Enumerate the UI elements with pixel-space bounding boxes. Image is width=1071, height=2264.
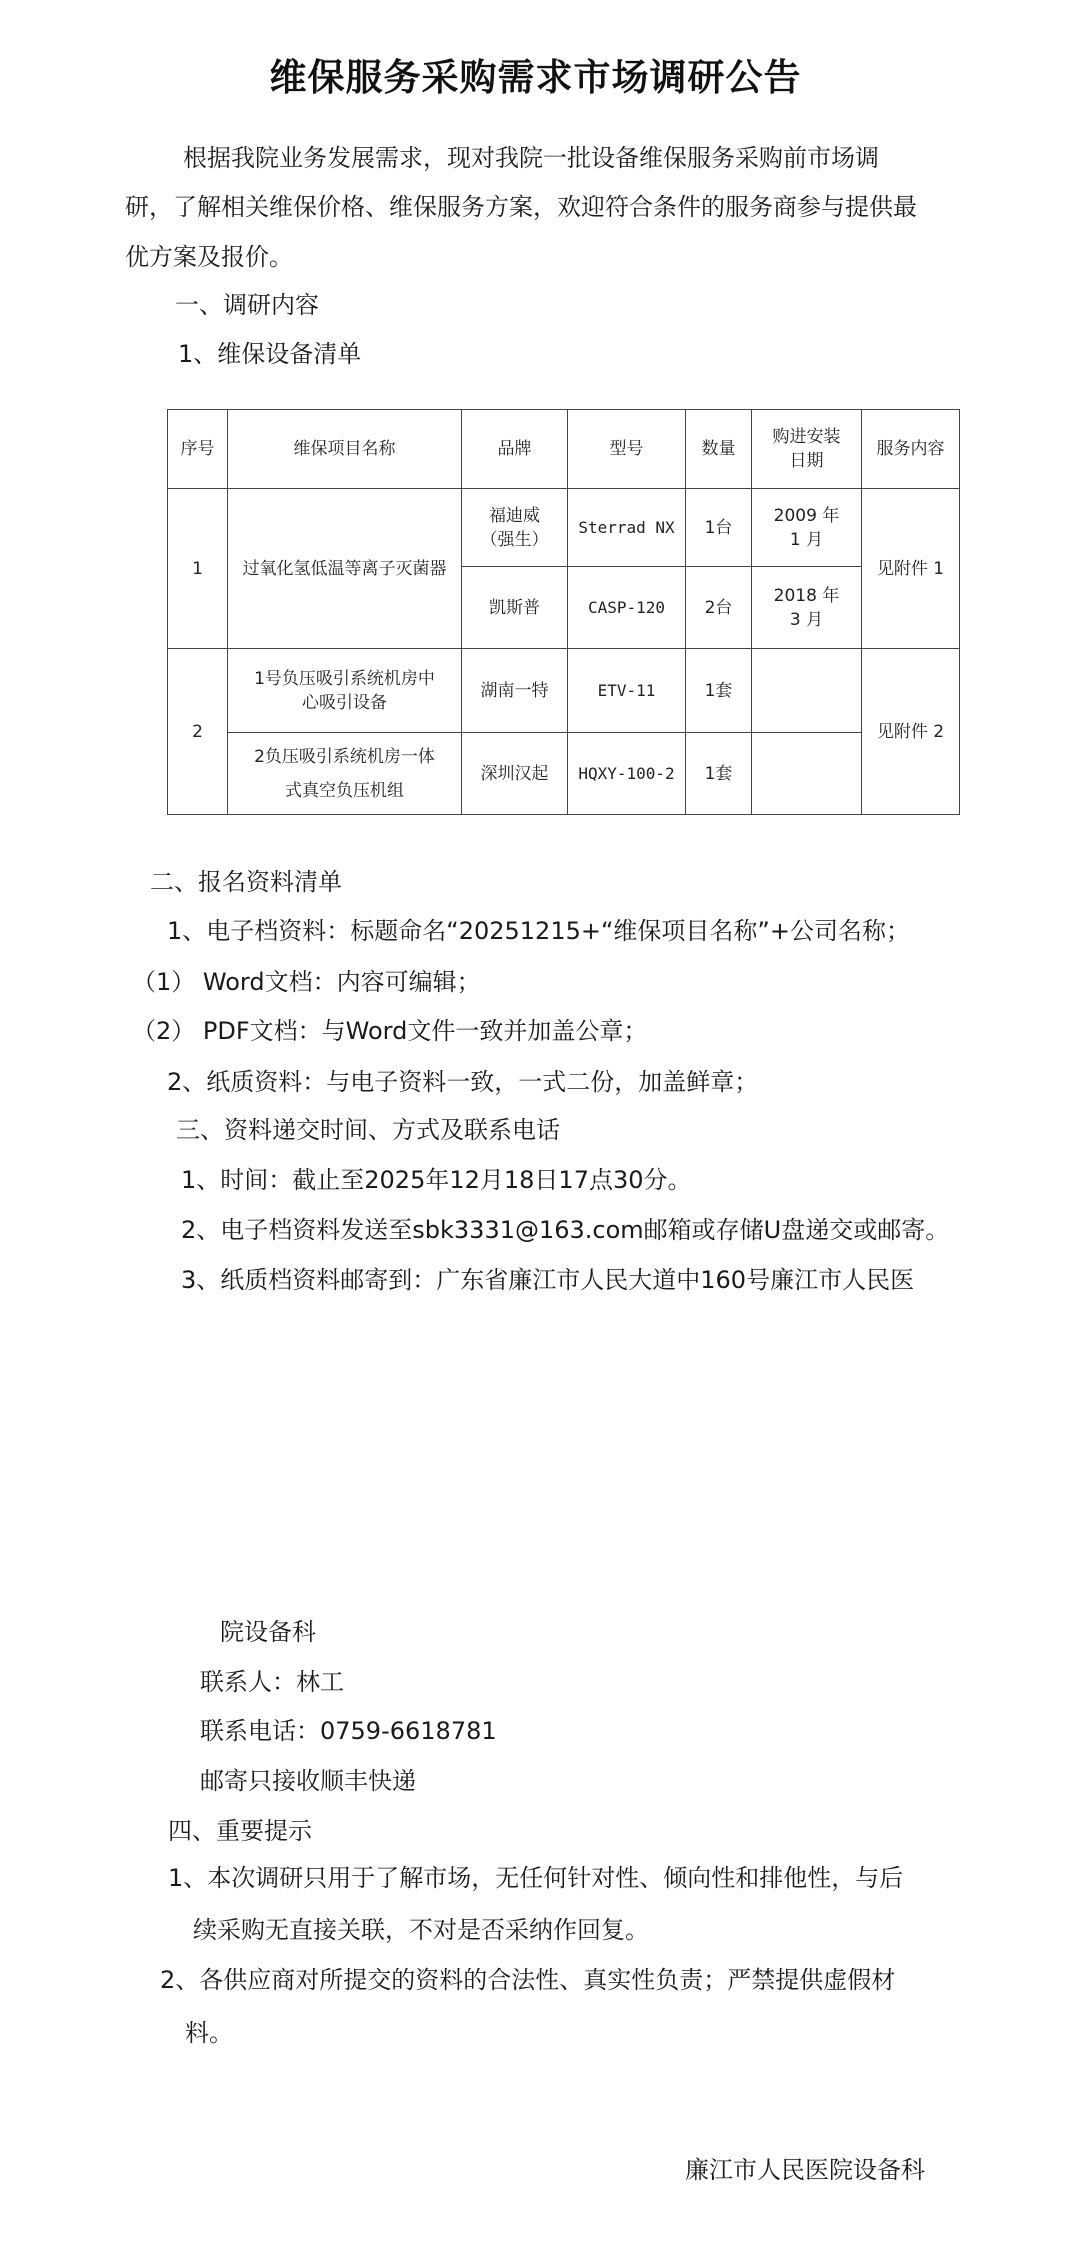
- header-brand: 品牌: [462, 410, 568, 489]
- mail-note: 邮寄只接收顺丰快递: [200, 1766, 416, 1796]
- intro-line-3: 优方案及报价。: [125, 242, 293, 272]
- header-service: 服务内容: [862, 410, 960, 489]
- signature: 廉江市人民医院设备科: [685, 2155, 925, 2185]
- contact-person: 联系人：林工: [200, 1667, 344, 1697]
- cell-date: 2009 年 1 月: [752, 489, 862, 567]
- cell-brand: 湖南一特: [462, 649, 568, 733]
- section-2-item-1b: （2） PDF文档：与Word文件一致并加盖公章；: [132, 1016, 647, 1046]
- section-4-item-1-line-1: 1、本次调研只用于了解市场，无任何针对性、倾向性和排他性，与后: [168, 1863, 903, 1893]
- section-1-sub-1: 1、维保设备清单: [178, 339, 361, 369]
- cell-date: [752, 649, 862, 733]
- cell-qty: 1套: [686, 649, 752, 733]
- section-4-item-2-line-1: 2、各供应商对所提交的资料的合法性、真实性负责；严禁提供虚假材: [160, 1965, 895, 1995]
- cell-qty: 1台: [686, 489, 752, 567]
- section-2-heading: 二、报名资料清单: [150, 867, 342, 897]
- table-row: 2 1号负压吸引系统机房中心吸引设备 湖南一特 ETV-11 1套 见附件 2: [168, 649, 960, 733]
- header-no: 序号: [168, 410, 228, 489]
- table-row: 2负压吸引系统机房一体式真空负压机组 深圳汉起 HQXY-100-2 1套: [168, 733, 960, 815]
- section-2-item-1: 1、电子档资料：标题命名“20251215+“维保项目名称”+公司名称；: [167, 916, 910, 946]
- cell-model: ETV-11: [568, 649, 686, 733]
- cell-no: 1: [168, 489, 228, 649]
- header-model: 型号: [568, 410, 686, 489]
- header-item: 维保项目名称: [228, 410, 462, 489]
- cell-item: 过氧化氢低温等离子灭菌器: [228, 489, 462, 649]
- cell-service: 见附件 1: [862, 489, 960, 649]
- header-date: 购进安装日期: [752, 410, 862, 489]
- cell-brand: 深圳汉起: [462, 733, 568, 815]
- cell-model: Sterrad NX: [568, 489, 686, 567]
- section-3-item-3: 3、纸质档资料邮寄到：广东省廉江市人民大道中160号廉江市人民医: [181, 1265, 914, 1295]
- section-4-item-2-line-2: 料。: [185, 2018, 233, 2048]
- cell-item: 2负压吸引系统机房一体式真空负压机组: [228, 733, 462, 815]
- intro-line-2: 研，了解相关维保价格、维保服务方案，欢迎符合条件的服务商参与提供最: [125, 192, 917, 222]
- cell-brand: 福迪威（强生）: [462, 489, 568, 567]
- section-3-heading: 三、资料递交时间、方式及联系电话: [176, 1115, 560, 1145]
- section-4-item-1-line-2: 续采购无直接关联，不对是否采纳作回复。: [193, 1915, 649, 1945]
- cell-service: 见附件 2: [862, 649, 960, 815]
- cell-date: 2018 年 3 月: [752, 567, 862, 649]
- cell-qty: 2台: [686, 567, 752, 649]
- section-4-heading: 四、重要提示: [168, 1816, 312, 1846]
- table-header-row: 序号 维保项目名称 品牌 型号 数量 购进安装日期 服务内容: [168, 410, 960, 489]
- equipment-table: 序号 维保项目名称 品牌 型号 数量 购进安装日期 服务内容 1 过氧化氢低温等…: [167, 409, 960, 815]
- section-2-item-2: 2、纸质资料：与电子资料一致，一式二份，加盖鲜章；: [167, 1067, 758, 1097]
- cell-date: [752, 733, 862, 815]
- page-title: 维保服务采购需求市场调研公告: [0, 56, 1071, 100]
- section-1-heading: 一、调研内容: [175, 290, 319, 320]
- table-row: 1 过氧化氢低温等离子灭菌器 福迪威（强生） Sterrad NX 1台 200…: [168, 489, 960, 567]
- contact-phone: 联系电话：0759-6618781: [200, 1716, 497, 1746]
- section-2-item-1a: （1） Word文档：内容可编辑；: [132, 967, 481, 997]
- cell-qty: 1套: [686, 733, 752, 815]
- cell-model: HQXY-100-2: [568, 733, 686, 815]
- cell-no: 2: [168, 649, 228, 815]
- intro-line-1: 根据我院业务发展需求，现对我院一批设备维保服务采购前市场调: [183, 143, 879, 173]
- cell-brand: 凯斯普: [462, 567, 568, 649]
- section-3-dept: 院设备科: [220, 1617, 316, 1647]
- section-3-item-2: 2、电子档资料发送至sbk3331@163.com邮箱或存储U盘递交或邮寄。: [181, 1215, 949, 1245]
- header-qty: 数量: [686, 410, 752, 489]
- cell-model: CASP-120: [568, 567, 686, 649]
- section-3-item-1: 1、时间：截止至2025年12月18日17点30分。: [181, 1165, 692, 1195]
- cell-item: 1号负压吸引系统机房中心吸引设备: [228, 649, 462, 733]
